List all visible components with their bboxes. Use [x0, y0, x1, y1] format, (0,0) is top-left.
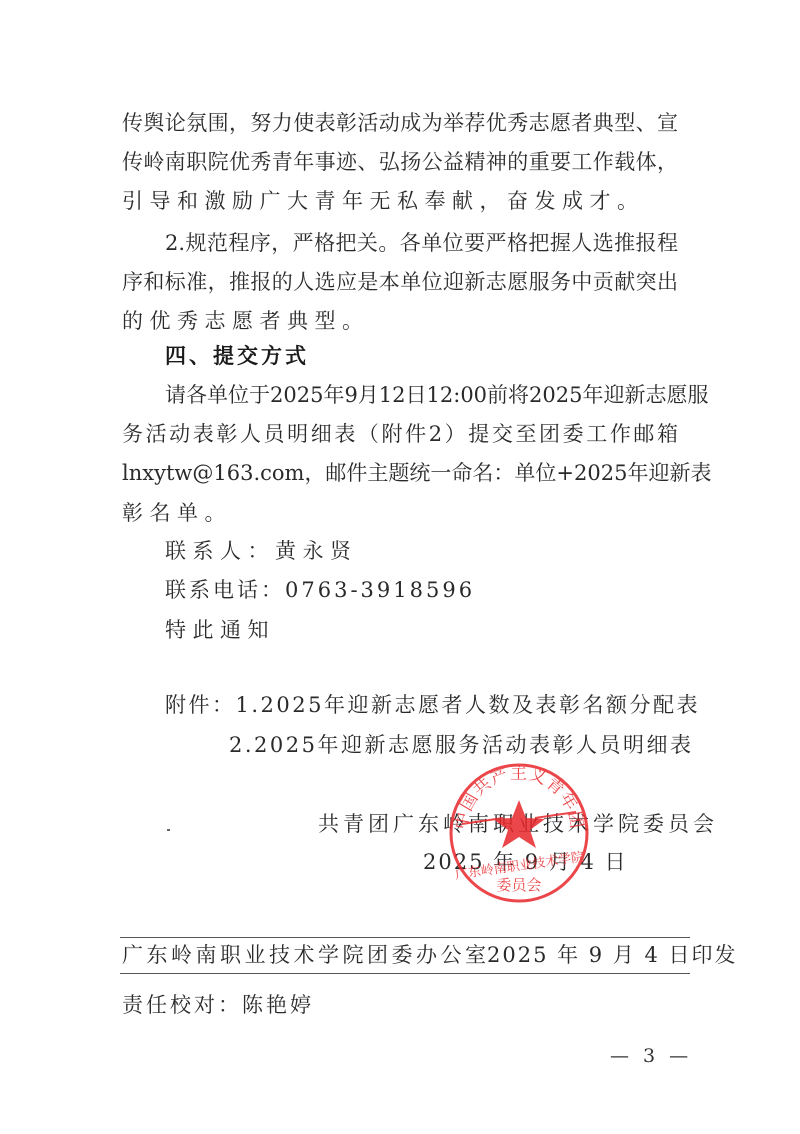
paragraph-line: 彰名单。 [122, 499, 232, 527]
proofreader: 责任校对：陈艳婷 [122, 991, 314, 1019]
footer-issuer: 广东岭南职业技术学院团委办公室 [122, 941, 490, 969]
paragraph-line: 请各单位于2025年9月12日12:00前将2025年迎新志愿服 [165, 381, 678, 409]
paragraph-line: 务活动表彰人员明细表（附件2）提交至团委工作邮箱 [122, 420, 678, 448]
contact-person: 联系人：黄永贤 [165, 537, 358, 565]
footer-issue-date: 2025 年 9 月 4 日印发 [487, 941, 738, 969]
paragraph-line: 传舆论氛围，努力使表彰活动成为举荐优秀志愿者典型、宣 [122, 109, 678, 137]
official-seal-icon: 中国共产主义青年团 广东岭南职业技术学院 委员会 [448, 762, 590, 904]
paragraph-line: 的优秀志愿者典型。 [122, 307, 370, 335]
contact-phone: 联系电话：0763-3918596 [165, 576, 475, 604]
scan-speck [167, 829, 170, 831]
attachment-item-1: 附件：1.2025年迎新志愿者人数及表彰名额分配表 [165, 691, 700, 719]
seal-inner-text-2: 委员会 [496, 876, 541, 894]
star-icon [493, 800, 545, 848]
paragraph-line: 传岭南职院优秀青年事迹、弘扬公益精神的重要工作载体， [122, 148, 678, 176]
email-line: lnxytw@163.com，邮件主题统一命名：单位+2025年迎新表 [122, 459, 678, 487]
footer-rule-top [120, 937, 690, 938]
section-heading: 四、提交方式 [165, 342, 309, 370]
attachment-item-2: 2.2025年迎新志愿服务活动表彰人员明细表 [229, 731, 693, 759]
paragraph-line: 序和标准，推报的人选应是本单位迎新志愿服务中贡献突出 [122, 268, 678, 296]
paragraph-line: 引导和激励广大青年无私奉献，奋发成才。 [122, 187, 645, 215]
page-number: — 3 — [610, 1045, 692, 1067]
closing-text: 特此通知 [165, 616, 275, 644]
paragraph-line: 2.规范程序，严格把关。各单位要严格把握人选推报程 [165, 229, 678, 257]
footer-rule-bottom [120, 973, 690, 974]
